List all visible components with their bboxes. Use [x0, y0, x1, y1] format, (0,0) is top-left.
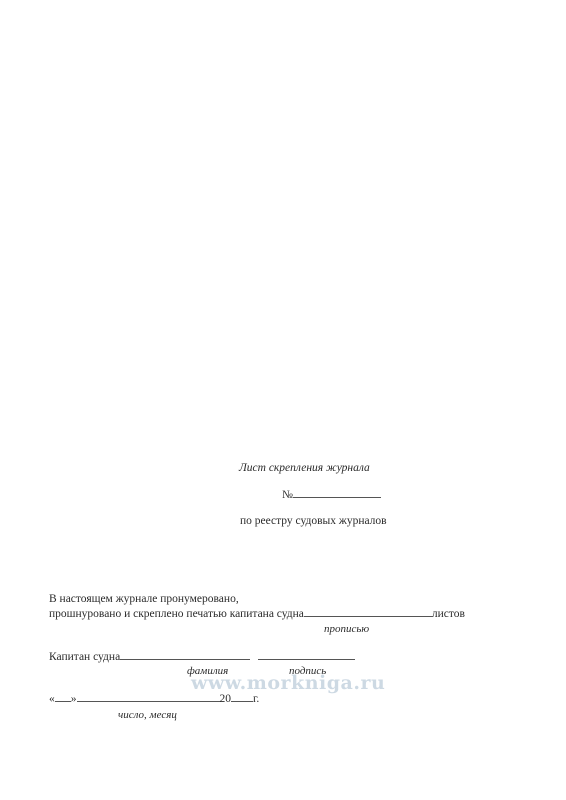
form-heading: Лист скрепления журнала [239, 461, 370, 475]
journal-number-blank[interactable] [293, 487, 381, 498]
date-row: «»20г. [49, 691, 259, 706]
caption-day-month: число, месяц [118, 708, 177, 722]
year-prefix: 20 [220, 693, 232, 705]
signature-blank[interactable] [258, 649, 355, 660]
paragraph-line-2-text: прошнуровано и скреплено печатью капитан… [49, 608, 304, 620]
paragraph-line-1: В настоящем журнале пронумеровано, [49, 592, 239, 606]
sheets-label: листов [432, 608, 465, 620]
journal-number-row: № [282, 487, 381, 502]
surname-blank[interactable] [120, 649, 250, 660]
month-blank[interactable] [77, 691, 220, 702]
sheet-count-blank[interactable] [304, 606, 432, 617]
year-suffix: г. [253, 693, 259, 705]
paragraph-line-2: прошнуровано и скреплено печатью капитан… [49, 606, 465, 621]
caption-in-words: прописью [324, 622, 369, 636]
number-sign: № [282, 489, 293, 501]
day-blank[interactable] [55, 691, 71, 702]
captain-label: Капитан судна [49, 651, 120, 663]
captain-row: Капитан судна [49, 649, 355, 664]
registry-line: по реестру судовых журналов [240, 514, 387, 528]
year-blank[interactable] [231, 691, 253, 702]
